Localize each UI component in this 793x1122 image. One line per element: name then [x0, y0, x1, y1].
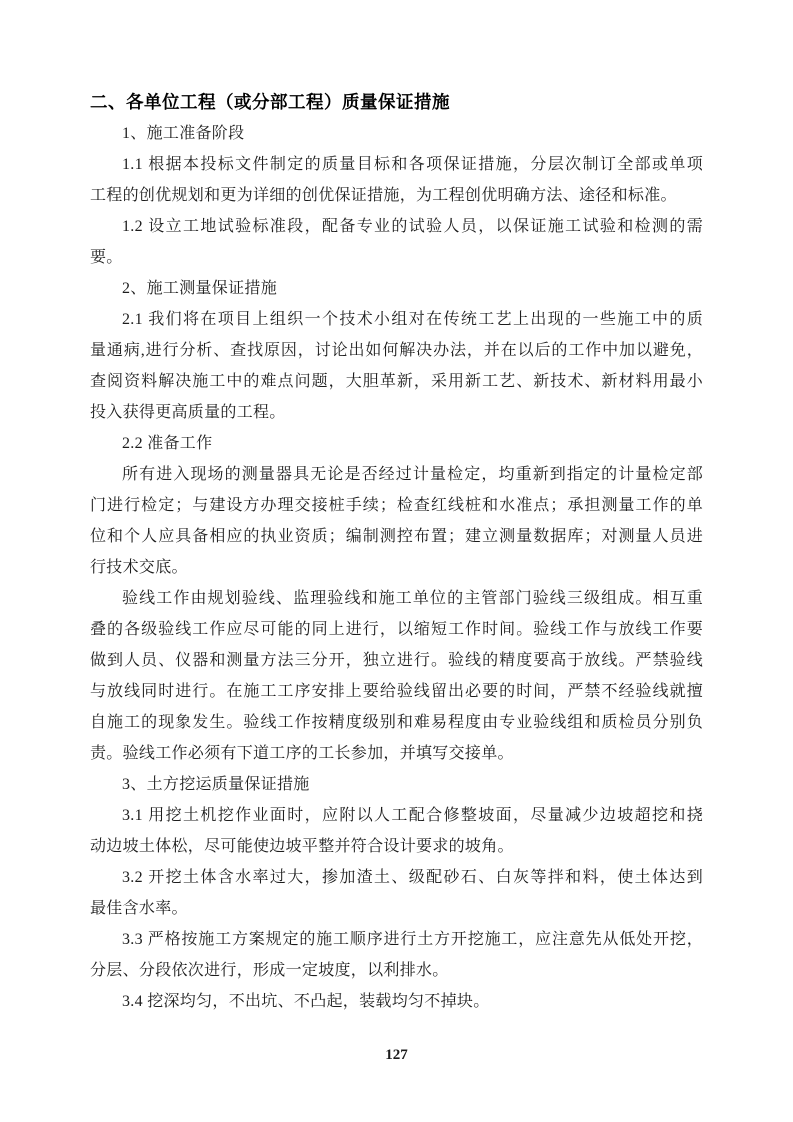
- document-line: 行技术交底。: [90, 552, 703, 583]
- document-line: 自施工的现象发生。验线工作按精度级别和难易程度由专业验线组和质检员分别负: [90, 707, 703, 738]
- document-line: 3.1 用挖土机挖作业面时，应附以人工配合修整坡面，尽量减少边坡超挖和挠: [90, 800, 703, 831]
- document-line: 查阅资料解决施工中的难点问题，大胆革新，采用新工艺、新技术、新材料用最小: [90, 366, 703, 397]
- page-number: 127: [385, 1047, 408, 1063]
- document-line: 2、施工测量保证措施: [90, 273, 703, 304]
- document-line: 3.4 挖深均匀，不出坑、不凸起，装载均匀不掉块。: [90, 986, 703, 1017]
- section-heading: 二、各单位工程（或分部工程）质量保证措施: [90, 87, 703, 118]
- document-line: 动边坡土体松，尽可能使边坡平整并符合设计要求的坡角。: [90, 831, 703, 862]
- document-line: 3.3 严格按施工方案规定的施工顺序进行土方开挖施工，应注意先从低处开挖，: [90, 924, 703, 955]
- document-line: 最佳含水率。: [90, 893, 703, 924]
- document-line: 投入获得更高质量的工程。: [90, 397, 703, 428]
- document-line: 与放线同时进行。在施工工序安排上要给验线留出必要的时间，严禁不经验线就擅: [90, 676, 703, 707]
- document-line: 分层、分段依次进行，形成一定坡度，以利排水。: [90, 955, 703, 986]
- document-line: 责。验线工作必须有下道工序的工长参加，并填写交接单。: [90, 738, 703, 769]
- document-line: 1.2 设立工地试验标准段，配备专业的试验人员，以保证施工试验和检测的需: [90, 211, 703, 242]
- document-line: 1.1 根据本投标文件制定的质量目标和各项保证措施，分层次制订全部或单项: [90, 149, 703, 180]
- document-page: 二、各单位工程（或分部工程）质量保证措施1、施工准备阶段1.1 根据本投标文件制…: [0, 0, 793, 1122]
- document-line: 3、土方挖运质量保证措施: [90, 769, 703, 800]
- document-line: 叠的各级验线工作应尽可能的同上进行，以缩短工作时间。验线工作与放线工作要: [90, 614, 703, 645]
- document-line: 门进行检定；与建设方办理交接桩手续；检查红线桩和水准点；承担测量工作的单: [90, 490, 703, 521]
- document-line: 2.1 我们将在项目上组织一个技术小组对在传统工艺上出现的一些施工中的质: [90, 304, 703, 335]
- document-line: 验线工作由规划验线、监理验线和施工单位的主管部门验线三级组成。相互重: [90, 583, 703, 614]
- document-line: 1、施工准备阶段: [90, 118, 703, 149]
- document-line: 2.2 准备工作: [90, 428, 703, 459]
- document-line: 所有进入现场的测量器具无论是否经过计量检定，均重新到指定的计量检定部: [90, 459, 703, 490]
- document-line: 3.2 开挖土体含水率过大，掺加渣土、级配砂石、白灰等拌和料，使土体达到: [90, 862, 703, 893]
- document-line: 做到人员、仪器和测量方法三分开，独立进行。验线的精度要高于放线。严禁验线: [90, 645, 703, 676]
- document-line: 位和个人应具备相应的执业资质；编制测控布置；建立测量数据库；对测量人员进: [90, 521, 703, 552]
- document-line: 量通病,进行分析、查找原因，讨论出如何解决办法，并在以后的工作中加以避免，: [90, 335, 703, 366]
- page-footer: 127: [0, 1046, 793, 1064]
- document-content: 二、各单位工程（或分部工程）质量保证措施1、施工准备阶段1.1 根据本投标文件制…: [90, 87, 703, 1017]
- document-line: 工程的创优规划和更为详细的创优保证措施，为工程创优明确方法、途径和标准。: [90, 180, 703, 211]
- document-line: 要。: [90, 242, 703, 273]
